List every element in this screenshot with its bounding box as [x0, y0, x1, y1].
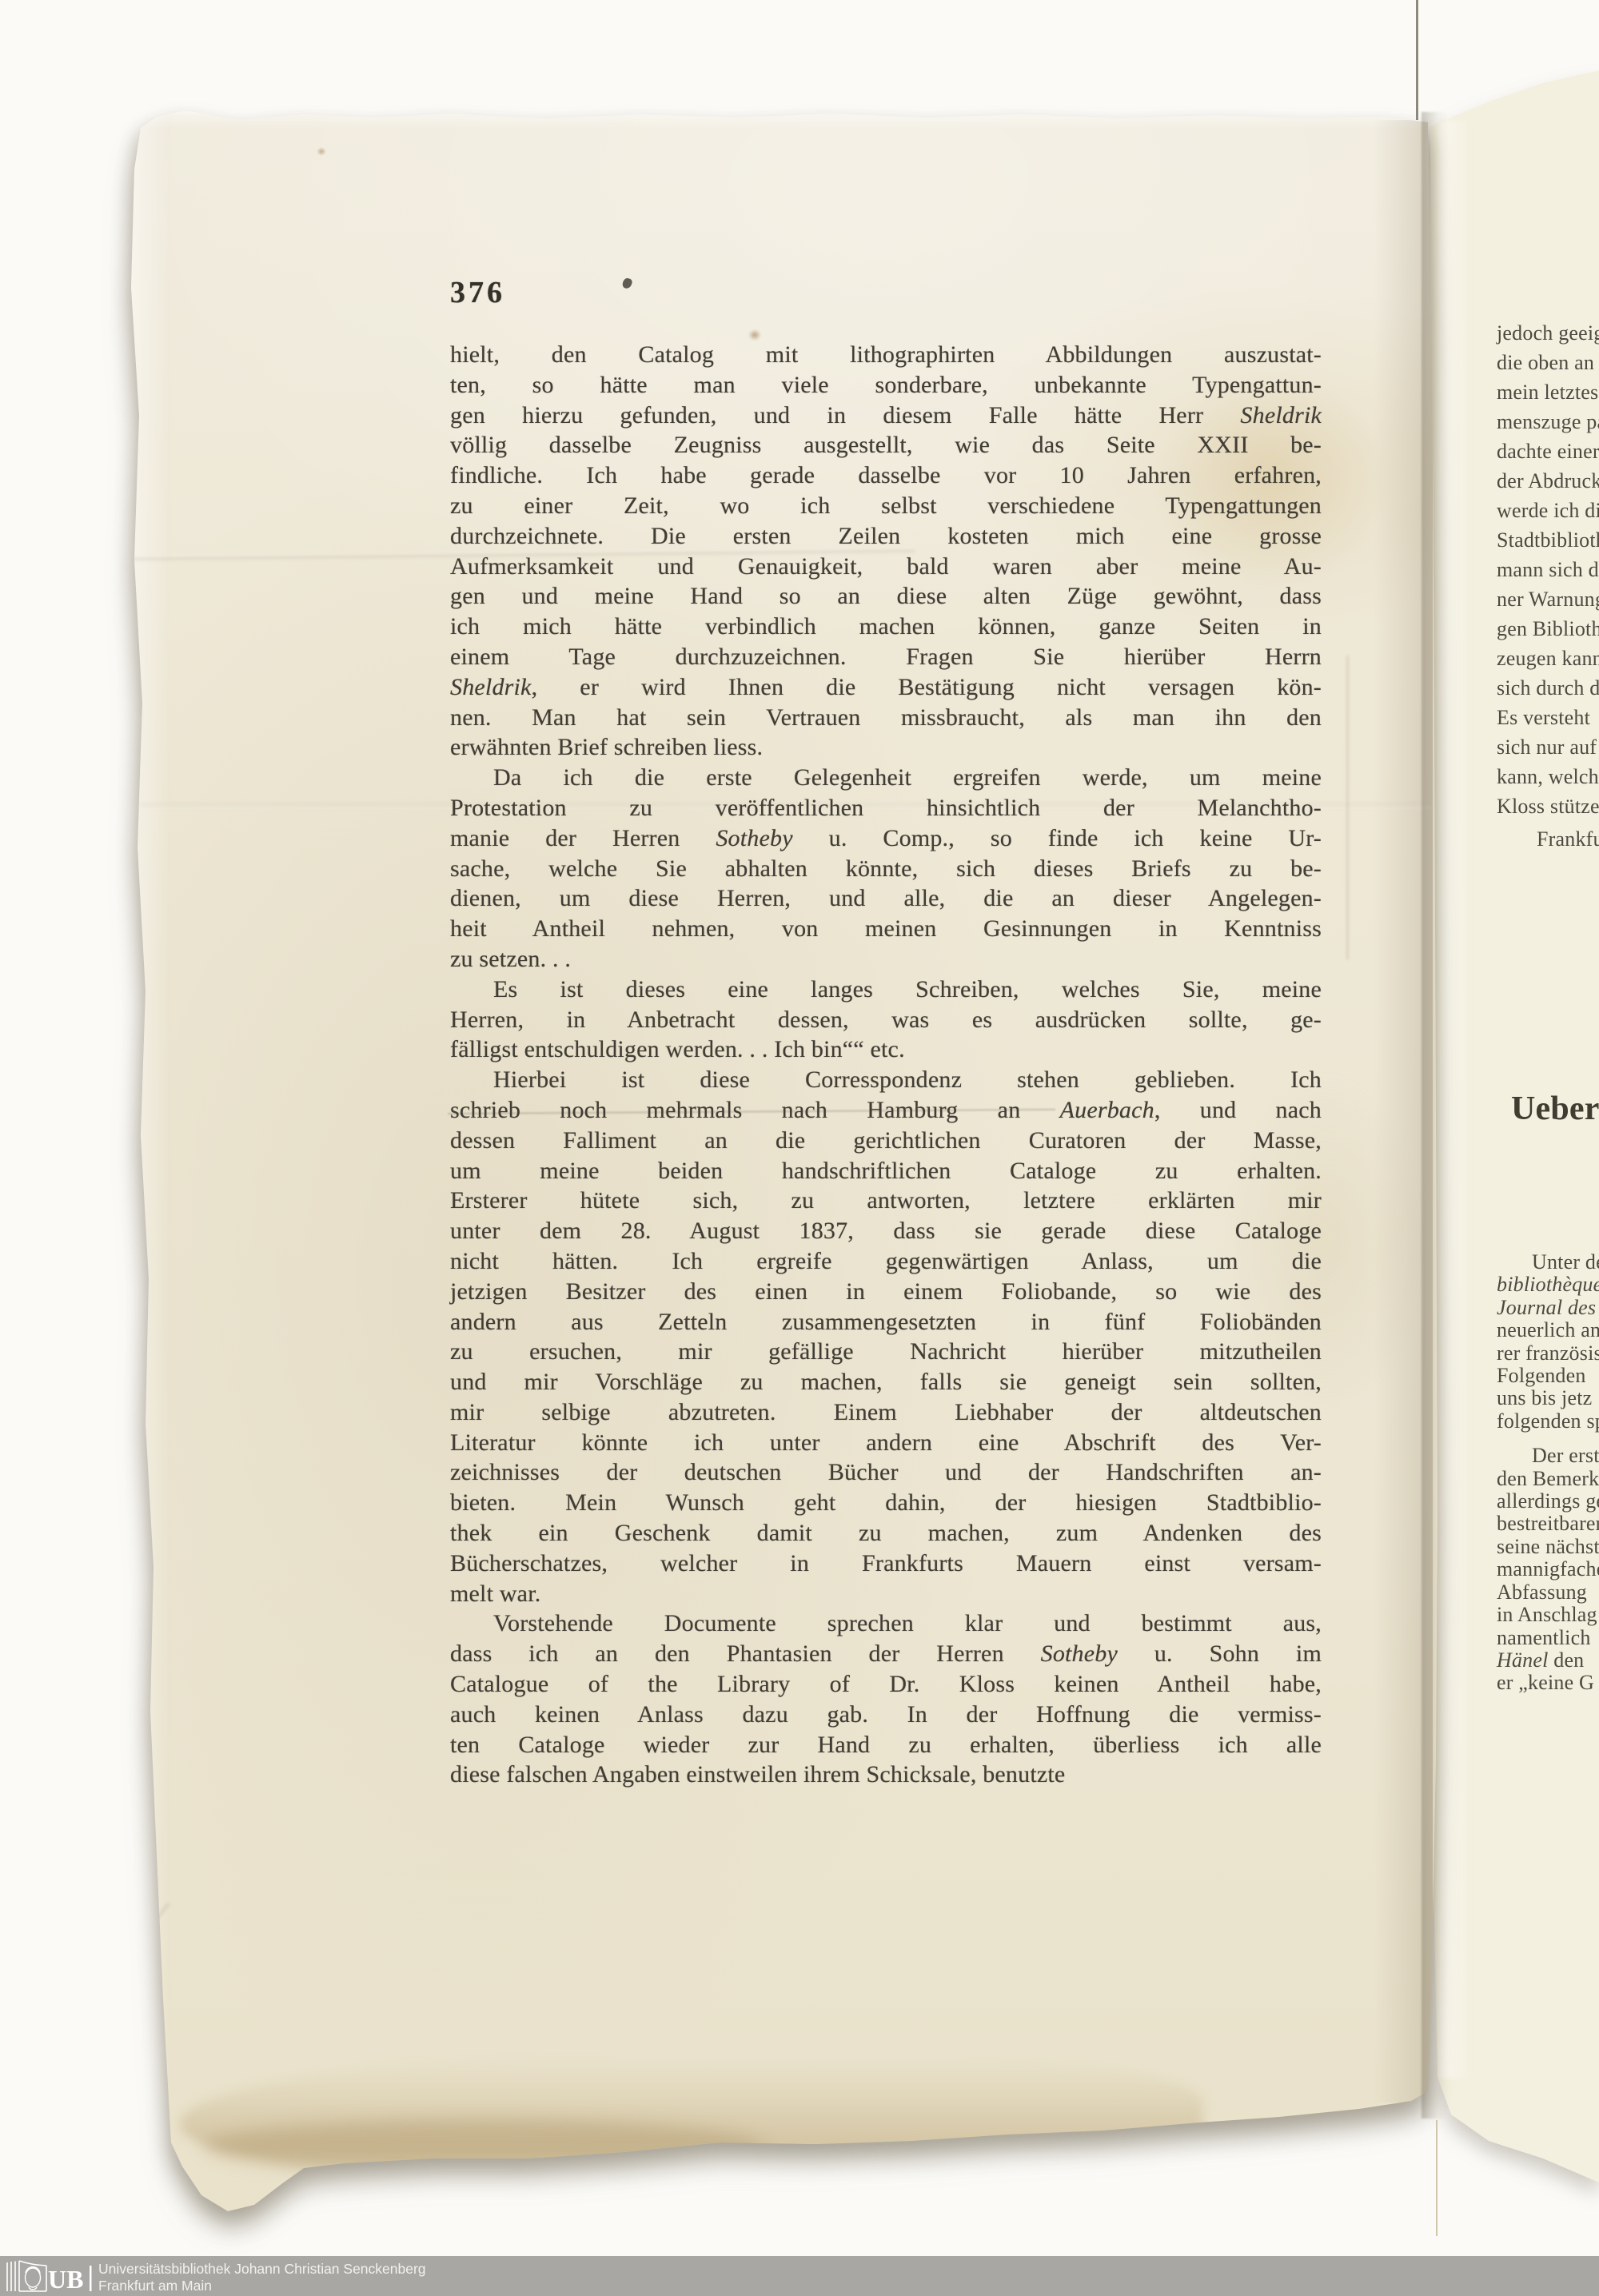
portrait-icon: [26, 2267, 41, 2290]
paragraph: Hierbei ist diese Corresspondenz stehen …: [450, 1065, 1322, 1608]
paper-edge-highlight-top: [128, 109, 1431, 130]
library-name: Universitätsbibliothek Johann Christian …: [98, 2261, 426, 2278]
left-page: 376 hielt, den Catalog mit lithographirt…: [0, 0, 1599, 2296]
library-label: Universitätsbibliothek Johann Christian …: [98, 2261, 426, 2294]
fox-spot: [748, 329, 761, 341]
paragraph: hielt, den Catalog mit lithographirten A…: [450, 340, 1322, 763]
page-gutter: [1422, 112, 1449, 2119]
paragraph: Da ich die erste Gelegenheit ergreifen w…: [450, 763, 1322, 975]
paper-crease: [1346, 656, 1349, 959]
ub-logo-text: UB: [48, 2265, 83, 2293]
ink-speck: [621, 277, 633, 290]
paper-crease: [0, 1903, 169, 2175]
water-stain-dark: [204, 2119, 764, 2174]
viewer-footer-bar: UB Universitätsbibliothek Johann Christi…: [0, 2256, 1599, 2296]
page-number: 376: [450, 275, 505, 310]
page-edge-line-top: [1416, 0, 1418, 120]
ub-logo: UB: [5, 2259, 94, 2296]
ub-logo-graphic: UB: [5, 2259, 94, 2293]
left-page-wrap: 376 hielt, den Catalog mit lithographirt…: [0, 0, 1599, 2296]
fox-spot: [317, 147, 326, 156]
paragraph: Es ist dieses eine langes Schreiben, wel…: [450, 975, 1322, 1065]
page-edge-line-bottom: [1436, 2120, 1438, 2236]
scanned-document-view: { "document": { "page_number": "376", "p…: [0, 0, 1599, 2296]
paragraph: Vorstehende Documente sprechen klar und …: [450, 1608, 1322, 1790]
text-block: hielt, den Catalog mit lithographirten A…: [450, 340, 1322, 1790]
paper-edge-highlight-left: [126, 112, 170, 2166]
library-city: Frankfurt am Main: [98, 2278, 426, 2294]
